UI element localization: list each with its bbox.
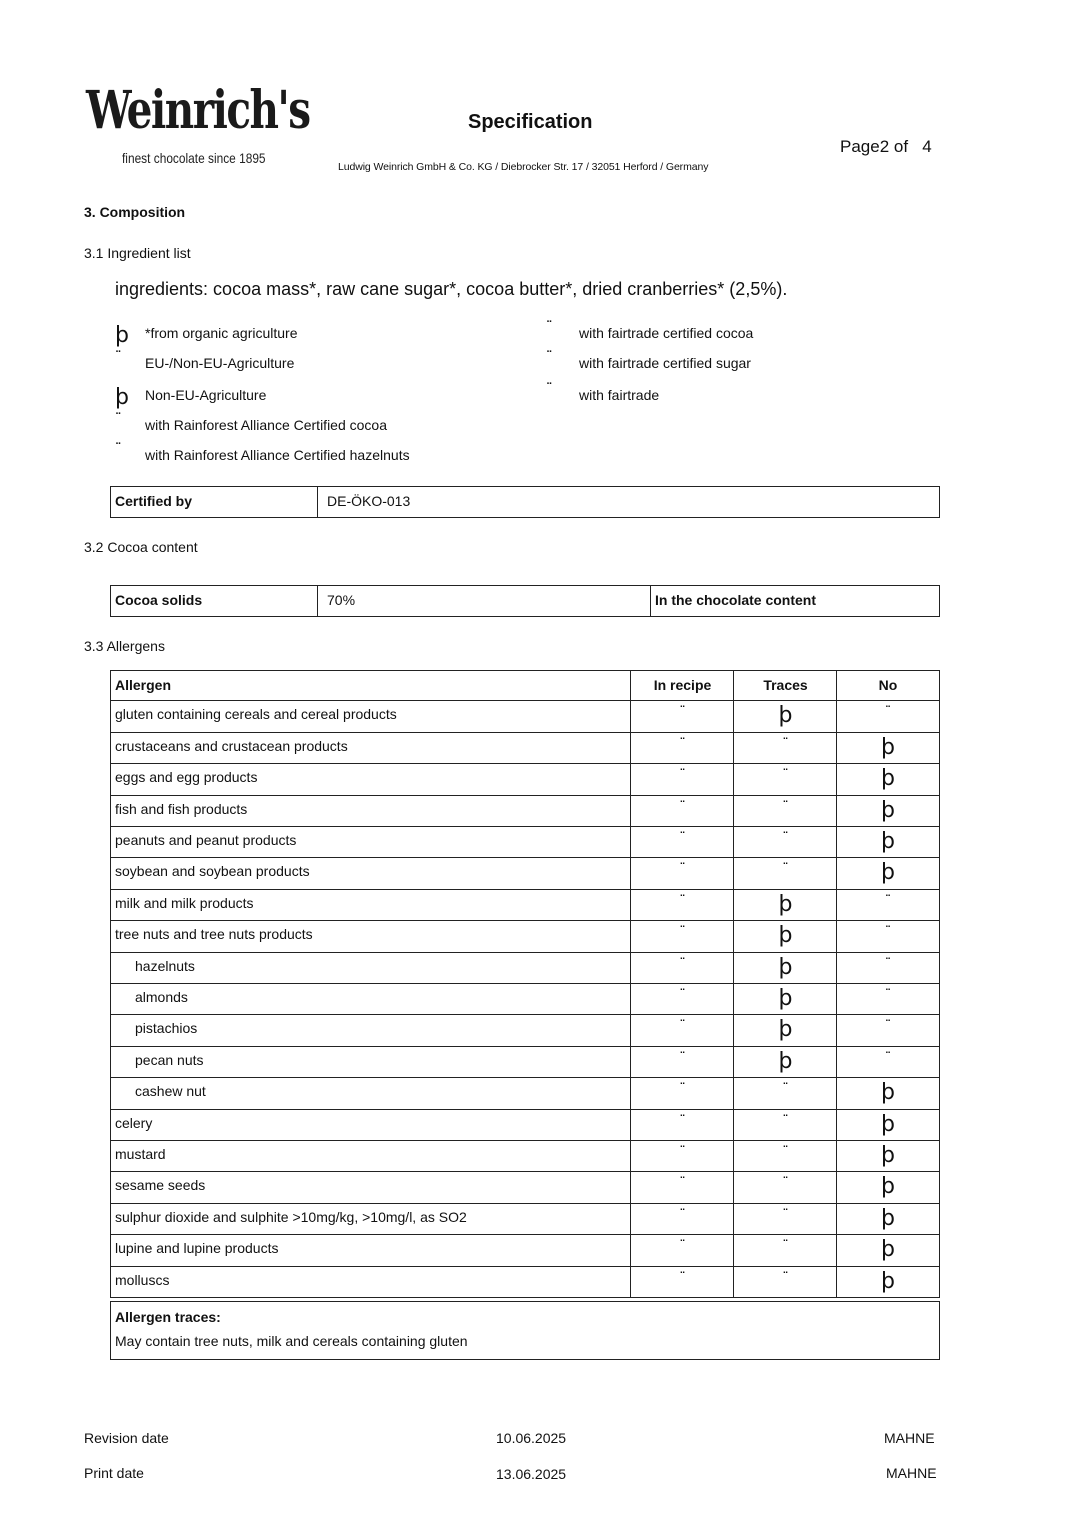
origin-option-label: EU-/Non-EU-Agriculture <box>145 355 294 371</box>
allergen-name: pecan nuts <box>135 1052 204 1068</box>
checkbox-unchecked-icon[interactable]: ¨ <box>734 1270 837 1284</box>
origin-option-label: with Rainforest Alliance Certified cocoa <box>145 417 387 433</box>
checkbox-checked-icon[interactable]: þ <box>734 1019 837 1041</box>
column-header-no: No <box>837 677 939 693</box>
allergen-name: milk and milk products <box>115 895 254 911</box>
page-indicator: Page2 of 4 <box>840 137 932 157</box>
checkbox-unchecked-icon[interactable]: ¨ <box>631 1050 734 1064</box>
checkbox-unchecked-icon[interactable]: ¨ <box>631 987 734 1001</box>
checkbox-unchecked-icon[interactable]: ¨ <box>631 1175 734 1189</box>
allergen-name: lupine and lupine products <box>115 1240 278 1256</box>
checkbox-unchecked-icon[interactable]: ¨ <box>631 1018 734 1032</box>
allergen-row: sulphur dioxide and sulphite >10mg/kg, >… <box>110 1204 940 1235</box>
allergen-row: pistachios¨þ¨ <box>110 1015 940 1046</box>
ingredient-list: ingredients: cocoa mass*, raw cane sugar… <box>115 279 787 300</box>
divider <box>650 586 651 616</box>
certified-by-table: Certified by DE-ÖKO-013 <box>110 486 940 518</box>
checkbox-checked-icon[interactable]: þ <box>837 1239 939 1261</box>
print-date-label: Print date <box>84 1465 144 1481</box>
checkbox-unchecked-icon[interactable]: ¨ <box>734 1081 837 1095</box>
checkbox-checked-icon[interactable]: þ <box>115 387 129 409</box>
allergen-row: soybean and soybean products¨¨þ <box>110 858 940 889</box>
checkbox-unchecked-icon[interactable]: ¨ <box>115 443 122 456</box>
checkbox-checked-icon[interactable]: þ <box>837 862 939 884</box>
checkbox-unchecked-icon[interactable]: ¨ <box>734 1175 837 1189</box>
cocoa-content-table: Cocoa solids 70% In the chocolate conten… <box>110 585 940 617</box>
checkbox-unchecked-icon[interactable]: ¨ <box>631 736 734 750</box>
document-title: Specification <box>468 111 592 134</box>
allergen-row: peanuts and peanut products¨¨þ <box>110 827 940 858</box>
allergen-name: eggs and egg products <box>115 769 257 785</box>
allergen-row: celery¨¨þ <box>110 1110 940 1141</box>
checkbox-checked-icon[interactable]: þ <box>837 831 939 853</box>
fairtrade-option-label: with fairtrade certified sugar <box>579 355 751 371</box>
checkbox-unchecked-icon[interactable]: ¨ <box>631 956 734 970</box>
checkbox-unchecked-icon[interactable]: ¨ <box>631 1144 734 1158</box>
column-header-in-recipe: In recipe <box>631 677 734 693</box>
origin-option-label: *from organic agriculture <box>145 325 298 341</box>
allergen-traces-text: May contain tree nuts, milk and cereals … <box>115 1333 468 1349</box>
checkbox-unchecked-icon[interactable]: ¨ <box>734 736 837 750</box>
checkbox-unchecked-icon[interactable]: ¨ <box>734 830 837 844</box>
checkbox-unchecked-icon[interactable]: ¨ <box>631 799 734 813</box>
checkbox-checked-icon[interactable]: þ <box>734 925 837 947</box>
allergen-name: pistachios <box>135 1020 197 1036</box>
checkbox-unchecked-icon[interactable]: ¨ <box>546 383 553 396</box>
checkbox-unchecked-icon[interactable]: ¨ <box>631 1207 734 1221</box>
fairtrade-option-label: with fairtrade <box>579 387 659 403</box>
allergen-name: sulphur dioxide and sulphite >10mg/kg, >… <box>115 1209 467 1225</box>
section-heading-composition: 3. Composition <box>84 204 185 220</box>
allergen-name: almonds <box>135 989 188 1005</box>
allergen-table-header: Allergen In recipe Traces No <box>110 670 940 701</box>
checkbox-checked-icon[interactable]: þ <box>837 1145 939 1167</box>
checkbox-unchecked-icon[interactable]: ¨ <box>631 893 734 907</box>
print-user: MAHNE <box>886 1465 937 1481</box>
allergen-row: hazelnuts¨þ¨ <box>110 953 940 984</box>
allergen-name: sesame seeds <box>115 1177 205 1193</box>
cocoa-solids-label: Cocoa solids <box>115 592 202 608</box>
company-address: Ludwig Weinrich GmbH & Co. KG / Diebrock… <box>338 161 708 173</box>
checkbox-unchecked-icon[interactable]: ¨ <box>837 893 939 907</box>
checkbox-checked-icon[interactable]: þ <box>115 325 129 347</box>
allergen-name: molluscs <box>115 1272 169 1288</box>
subheading-cocoa-content: 3.2 Cocoa content <box>84 539 198 555</box>
checkbox-unchecked-icon[interactable]: ¨ <box>837 987 939 1001</box>
column-header-allergen: Allergen <box>115 677 171 693</box>
checkbox-unchecked-icon[interactable]: ¨ <box>837 704 939 718</box>
revision-user: MAHNE <box>884 1430 935 1446</box>
allergen-row: tree nuts and tree nuts products¨þ¨ <box>110 921 940 952</box>
allergen-name: cashew nut <box>135 1083 206 1099</box>
checkbox-unchecked-icon[interactable]: ¨ <box>734 767 837 781</box>
allergen-row: cashew nut¨¨þ <box>110 1078 940 1109</box>
checkbox-checked-icon[interactable]: þ <box>837 1114 939 1136</box>
allergen-name: celery <box>115 1115 152 1131</box>
origin-option-label: Non-EU-Agriculture <box>145 387 266 403</box>
page-of: of <box>894 137 908 156</box>
checkbox-unchecked-icon[interactable]: ¨ <box>546 351 553 364</box>
page-current: 2 <box>880 137 889 156</box>
checkbox-unchecked-icon[interactable]: ¨ <box>631 861 734 875</box>
checkbox-unchecked-icon[interactable]: ¨ <box>734 1238 837 1252</box>
checkbox-unchecked-icon[interactable]: ¨ <box>631 924 734 938</box>
certified-by-label: Certified by <box>115 493 192 509</box>
allergen-name: tree nuts and tree nuts products <box>115 926 313 942</box>
checkbox-checked-icon[interactable]: þ <box>837 1208 939 1230</box>
allergen-row: molluscs¨¨þ <box>110 1267 940 1298</box>
allergen-row: gluten containing cereals and cereal pro… <box>110 701 940 732</box>
allergen-name: soybean and soybean products <box>115 863 310 879</box>
allergen-name: gluten containing cereals and cereal pro… <box>115 706 397 722</box>
column-header-traces: Traces <box>734 677 837 693</box>
checkbox-unchecked-icon[interactable]: ¨ <box>631 1238 734 1252</box>
checkbox-unchecked-icon[interactable]: ¨ <box>734 861 837 875</box>
checkbox-unchecked-icon[interactable]: ¨ <box>631 704 734 718</box>
checkbox-unchecked-icon[interactable]: ¨ <box>631 767 734 781</box>
allergen-row: sesame seeds¨¨þ <box>110 1172 940 1203</box>
checkbox-checked-icon[interactable]: þ <box>837 800 939 822</box>
subheading-ingredient-list: 3.1 Ingredient list <box>84 245 191 261</box>
checkbox-unchecked-icon[interactable]: ¨ <box>734 1144 837 1158</box>
allergen-traces-label: Allergen traces: <box>115 1309 221 1325</box>
allergen-row: milk and milk products¨þ¨ <box>110 890 940 921</box>
checkbox-unchecked-icon[interactable]: ¨ <box>837 1018 939 1032</box>
revision-date-value: 10.06.2025 <box>496 1430 566 1446</box>
allergen-row: crustaceans and crustacean products¨¨þ <box>110 733 940 764</box>
checkbox-unchecked-icon[interactable]: ¨ <box>631 1270 734 1284</box>
allergen-traces-box: Allergen traces: May contain tree nuts, … <box>110 1301 940 1360</box>
logo-wordmark: Weinrich's <box>86 80 310 141</box>
allergen-row: eggs and egg products¨¨þ <box>110 764 940 795</box>
checkbox-unchecked-icon[interactable]: ¨ <box>546 321 553 334</box>
allergen-name: hazelnuts <box>135 958 195 974</box>
page-total: 4 <box>922 137 931 156</box>
page-label: Page <box>840 137 880 156</box>
allergen-name: fish and fish products <box>115 801 247 817</box>
checkbox-unchecked-icon[interactable]: ¨ <box>837 956 939 970</box>
checkbox-checked-icon[interactable]: þ <box>734 1051 837 1073</box>
checkbox-unchecked-icon[interactable]: ¨ <box>115 413 122 426</box>
cocoa-solids-note: In the chocolate content <box>655 592 816 608</box>
allergen-name: peanuts and peanut products <box>115 832 296 848</box>
fairtrade-option-label: with fairtrade certified cocoa <box>579 325 753 341</box>
checkbox-checked-icon[interactable]: þ <box>734 988 837 1010</box>
checkbox-checked-icon[interactable]: þ <box>734 705 837 727</box>
allergen-row: almonds¨þ¨ <box>110 984 940 1015</box>
revision-date-label: Revision date <box>84 1430 169 1446</box>
checkbox-unchecked-icon[interactable]: ¨ <box>734 1207 837 1221</box>
checkbox-checked-icon[interactable]: þ <box>837 1176 939 1198</box>
checkbox-unchecked-icon[interactable]: ¨ <box>837 924 939 938</box>
divider <box>317 487 318 517</box>
checkbox-checked-icon[interactable]: þ <box>837 768 939 790</box>
certified-by-value: DE-ÖKO-013 <box>327 493 410 509</box>
checkbox-unchecked-icon[interactable]: ¨ <box>631 1113 734 1127</box>
checkbox-checked-icon[interactable]: þ <box>734 894 837 916</box>
allergen-row: mustard¨¨þ <box>110 1141 940 1172</box>
subheading-allergens: 3.3 Allergens <box>84 638 165 654</box>
checkbox-checked-icon[interactable]: þ <box>837 1271 939 1293</box>
checkbox-checked-icon[interactable]: þ <box>837 1082 939 1104</box>
checkbox-unchecked-icon[interactable]: ¨ <box>631 830 734 844</box>
allergen-row: fish and fish products¨¨þ <box>110 796 940 827</box>
checkbox-unchecked-icon[interactable]: ¨ <box>631 1081 734 1095</box>
print-date-value: 13.06.2025 <box>496 1466 566 1482</box>
allergen-row: lupine and lupine products¨¨þ <box>110 1235 940 1266</box>
checkbox-checked-icon[interactable]: þ <box>837 737 939 759</box>
checkbox-checked-icon[interactable]: þ <box>734 957 837 979</box>
company-logo: Weinrich's finest chocolate since 1895 <box>84 80 286 172</box>
cocoa-solids-value: 70% <box>327 592 355 608</box>
checkbox-unchecked-icon[interactable]: ¨ <box>837 1050 939 1064</box>
allergen-row: pecan nuts¨þ¨ <box>110 1047 940 1078</box>
allergen-name: crustaceans and crustacean products <box>115 738 348 754</box>
divider <box>317 586 318 616</box>
checkbox-unchecked-icon[interactable]: ¨ <box>734 1113 837 1127</box>
allergen-name: mustard <box>115 1146 166 1162</box>
logo-tagline: finest chocolate since 1895 <box>122 150 266 166</box>
origin-option-label: with Rainforest Alliance Certified hazel… <box>145 447 410 463</box>
checkbox-unchecked-icon[interactable]: ¨ <box>734 799 837 813</box>
checkbox-unchecked-icon[interactable]: ¨ <box>115 351 122 364</box>
